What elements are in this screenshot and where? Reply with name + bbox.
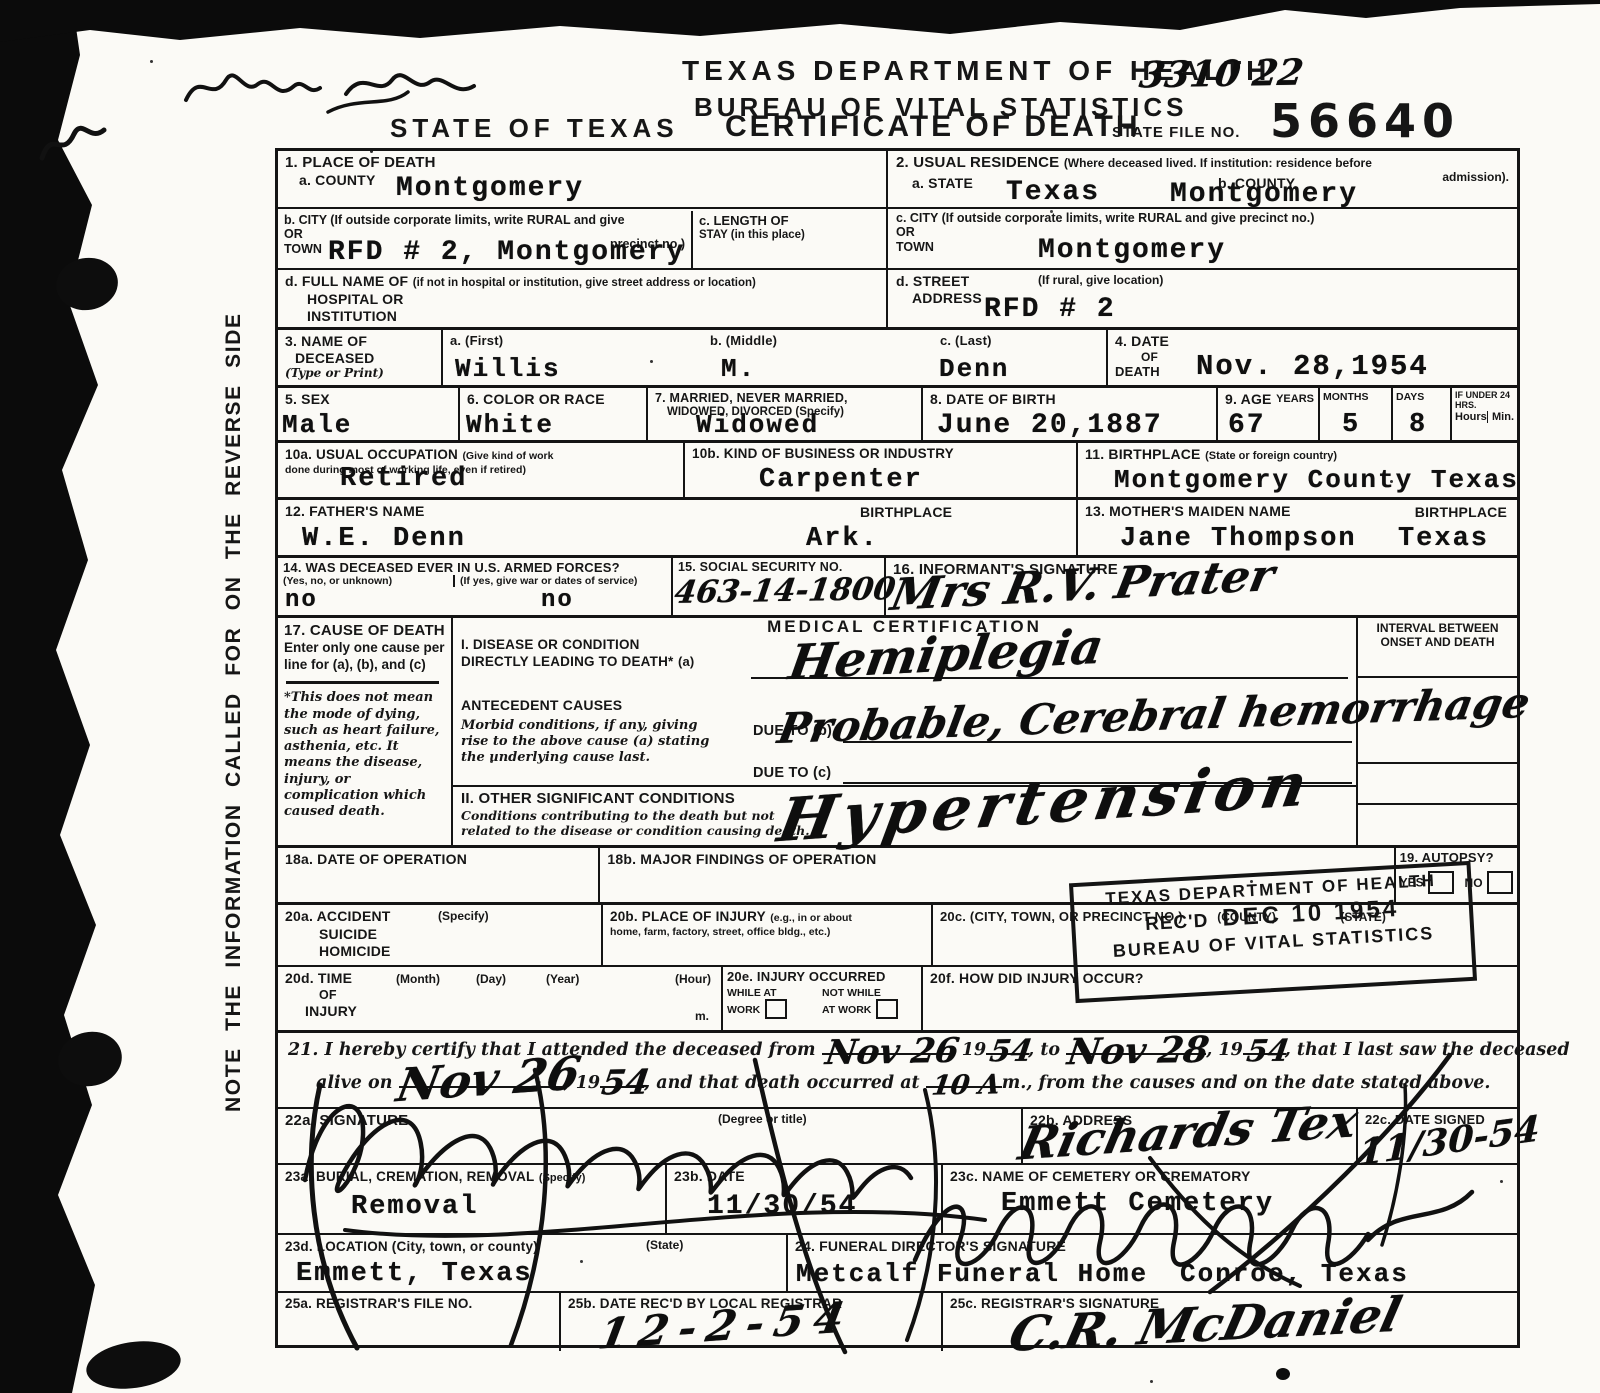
certify-text-3: , and that death occurred at bbox=[644, 1073, 920, 1093]
field-20a-label: 20a. ACCIDENT bbox=[285, 908, 391, 924]
field-3-l3: (Type or Print) bbox=[285, 366, 434, 381]
interval-label: INTERVAL BETWEEN bbox=[1362, 622, 1513, 636]
field-22a-label: 22a. SIGNATURE bbox=[285, 1112, 408, 1129]
field-25a-label: 25a. REGISTRAR'S FILE NO. bbox=[285, 1296, 552, 1312]
field-12-label: 12. FATHER'S NAME bbox=[285, 503, 425, 519]
field-3c-last: c. (Last) Denn bbox=[933, 330, 1108, 385]
ink-speck bbox=[1276, 1368, 1290, 1380]
field-9-months-label: MONTHS bbox=[1323, 391, 1388, 403]
interval-rule bbox=[1358, 803, 1517, 805]
field-3c-value: Denn bbox=[939, 356, 1009, 382]
field-9-age: 9. AGE YEARS 67 bbox=[1218, 388, 1320, 440]
field-7-label: 7. MARRIED, NEVER MARRIED, bbox=[655, 391, 914, 406]
field-2-title-note2: admission). bbox=[1442, 171, 1509, 185]
field-6-label: 6. COLOR OR RACE bbox=[467, 391, 639, 408]
field-4-l1: 4. DATE bbox=[1115, 333, 1510, 350]
field-11-value: Montgomery County Texas bbox=[1114, 467, 1519, 493]
field-24-label: 24. FUNERAL DIRECTOR'S SIGNATURE bbox=[795, 1238, 1510, 1255]
field-10a-occupation: 10a. USUAL OCCUPATION (Give kind of work… bbox=[278, 443, 685, 497]
field-12-birthplace-label: BIRTHPLACE bbox=[860, 504, 952, 521]
field-20d-label2: OF bbox=[319, 988, 714, 1003]
certify-m: m., bbox=[1002, 1073, 1033, 1093]
field-3a-label: a. (First) bbox=[450, 333, 696, 348]
certify-last-seen-date: Nov 26 bbox=[393, 1050, 583, 1108]
field-12-value: W.E. Denn bbox=[302, 526, 466, 553]
field-1d-label2: HOSPITAL OR bbox=[307, 291, 879, 308]
certify-to-year: 54 bbox=[1245, 1037, 1291, 1068]
death-certificate-scan: NOTE THE INFORMATION CALLED FOR ON THE R… bbox=[0, 0, 1600, 1393]
field-3c-label: c. (Last) bbox=[940, 333, 1099, 348]
header-title: CERTIFICATE OF DEATH bbox=[725, 110, 1141, 144]
field-13-birthplace-label: BIRTHPLACE bbox=[1415, 504, 1507, 521]
field-14-value1: no bbox=[285, 589, 318, 613]
field-7-marital: 7. MARRIED, NEVER MARRIED, WIDOWED, DIVO… bbox=[648, 388, 923, 440]
torn-edge-top bbox=[0, 0, 1600, 42]
field-3a-first: a. (First) Willis bbox=[443, 330, 703, 385]
field-2d-label: d. STREET bbox=[896, 273, 1509, 290]
interval-rule bbox=[1358, 676, 1517, 678]
field-20e-atwork: AT WORK bbox=[822, 1005, 871, 1017]
field-13-birthplace-value: Texas bbox=[1398, 526, 1489, 553]
field-24-value: Metcalf Funeral Home bbox=[796, 1261, 1148, 1287]
certify-19b: , 19 bbox=[1206, 1040, 1243, 1060]
row-location-director: 23d. LOCATION (City, town, or county) (S… bbox=[278, 1235, 1517, 1293]
field-2c-label: c. CITY (If outside corporate limits, wr… bbox=[896, 211, 1509, 225]
field-10b-value: Carpenter bbox=[759, 467, 923, 494]
field-24-funeral-director: 24. FUNERAL DIRECTOR'S SIGNATURE Metcalf… bbox=[788, 1235, 1517, 1291]
field-2-title: 2. USUAL RESIDENCE bbox=[896, 154, 1059, 171]
field-23a-burial: 23a. BURIAL, CREMATION, REMOVAL (Specify… bbox=[278, 1165, 667, 1233]
field-9-days: DAYS 8 bbox=[1393, 388, 1452, 440]
field-24-value2: Conroe, Texas bbox=[1180, 1261, 1409, 1287]
certify-text-4: from the causes and on the date stated a… bbox=[1039, 1073, 1491, 1093]
not-while-at-work-checkbox[interactable] bbox=[876, 999, 898, 1019]
field-7-value: Widowed bbox=[696, 412, 819, 438]
field-1-title: 1. PLACE OF DEATH bbox=[285, 154, 879, 172]
field-23b-value: 11/30/54 bbox=[707, 1193, 857, 1221]
field-22a-signature: 22a. SIGNATURE (Degree or title) bbox=[278, 1109, 1023, 1163]
field-9-years-label: YEARS bbox=[1276, 393, 1314, 406]
field-14-note2: (If yes, give war or dates of service) bbox=[460, 575, 666, 587]
field-18a-label: 18a. DATE OF OPERATION bbox=[285, 851, 591, 868]
state-file-label: STATE FILE NO. bbox=[1112, 124, 1240, 141]
field-9-days-value: 8 bbox=[1409, 412, 1427, 439]
field-20d-time: 20d. TIME (Month) (Day) (Year) (Hour) OF… bbox=[278, 967, 723, 1030]
field-5-value: Male bbox=[282, 412, 352, 438]
field-20a-note: (Specify) bbox=[438, 910, 489, 924]
field-2c-value: Montgomery bbox=[1038, 237, 1226, 265]
field-23a-label: 23a. BURIAL, CREMATION, REMOVAL bbox=[285, 1169, 534, 1184]
field-2a-value: Texas bbox=[1006, 179, 1100, 207]
field-6-value: White bbox=[466, 412, 554, 438]
field-3b-middle: b. (Middle) M. bbox=[703, 330, 933, 385]
certify-from-date: Nov 26 bbox=[823, 1034, 961, 1070]
field-20a-label2: SUICIDE bbox=[319, 926, 594, 943]
field-23d-value: Emmett, Texas bbox=[296, 1261, 533, 1288]
field-20a-label3: HOMICIDE bbox=[319, 943, 594, 960]
margin-note: NOTE THE INFORMATION CALLED FOR ON THE R… bbox=[222, 312, 246, 1112]
certify-last-seen-year: 54 bbox=[600, 1066, 652, 1101]
interval-rule bbox=[1358, 762, 1517, 764]
field-1b-label: b. CITY (If outside corporate limits, wr… bbox=[284, 213, 685, 227]
field-15-value: 463-14-1800 bbox=[673, 574, 898, 609]
field-20b-note: (e.g., in or about bbox=[770, 912, 852, 924]
field-20d-label: 20d. TIME bbox=[285, 970, 352, 986]
field-17-medical-certification: MEDICAL CERTIFICATION I. DISEASE OR COND… bbox=[453, 618, 1358, 845]
interval-label2: ONSET AND DEATH bbox=[1362, 636, 1513, 650]
field-2b-value: Montgomery bbox=[1170, 181, 1358, 209]
field-1a-value: Montgomery bbox=[396, 175, 584, 203]
field-1d-note: (if not in hospital or institution, give… bbox=[413, 277, 756, 289]
field-20d-month: (Month) bbox=[396, 973, 440, 987]
field-20d-m: m. bbox=[695, 1010, 709, 1024]
field-10b-industry: 10b. KIND OF BUSINESS OR INDUSTRY Carpen… bbox=[685, 443, 1078, 497]
field-20e-injury-occurred: 20e. INJURY OCCURRED WHILE AT WORK NOT W… bbox=[723, 967, 923, 1030]
state-file-number: 56640 bbox=[1270, 94, 1460, 148]
certificate-form: 1. PLACE OF DEATH a. COUNTY Montgomery b… bbox=[275, 148, 1520, 1348]
field-20e-whileat: WHILE AT bbox=[727, 987, 822, 999]
field-18a-date-operation: 18a. DATE OF OPERATION bbox=[278, 848, 600, 902]
field-25b-date-recd: 25b. DATE REC'D BY LOCAL REGISTRAR 12-2-… bbox=[561, 1293, 943, 1351]
field-21-certify: 21. I hereby certify that I attended the… bbox=[278, 1033, 1580, 1107]
field-17-antecedent-note: Morbid conditions, if any, giving rise t… bbox=[461, 718, 716, 767]
field-4-value: Nov. 28,1954 bbox=[1196, 352, 1429, 381]
field-23b-date: 23b. DATE 11/30/54 bbox=[667, 1165, 943, 1233]
field-1d-label3: INSTITUTION bbox=[307, 308, 879, 325]
row-parents: 12. FATHER'S NAME BIRTHPLACE W.E. Denn A… bbox=[278, 500, 1517, 558]
field-17-note2: *This does not mean the mode of dying, s… bbox=[284, 690, 445, 820]
while-at-work-checkbox[interactable] bbox=[765, 999, 787, 1019]
field-23c-label: 23c. NAME OF CEMETERY OR CREMATORY bbox=[950, 1168, 1510, 1185]
field-9-days-label: DAYS bbox=[1396, 391, 1447, 403]
field-23c-value: Emmett Cemetery bbox=[1001, 1191, 1274, 1218]
field-9-under24: IF UNDER 24 HRS. Hours Min. bbox=[1452, 388, 1517, 440]
field-11-label: 11. BIRTHPLACE bbox=[1085, 446, 1201, 462]
field-1c-label2: STAY (in this place) bbox=[699, 229, 880, 242]
field-16-informant: 16. INFORMANT'S SIGNATURE Mrs R.V. Prate… bbox=[886, 558, 1517, 615]
field-17-notes: 17. CAUSE OF DEATH Enter only one cause … bbox=[278, 618, 453, 845]
field-20e-work: WORK bbox=[727, 1005, 760, 1017]
field-20d-day: (Day) bbox=[476, 973, 506, 987]
field-14-label: 14. WAS DECEASED EVER IN U.S. ARMED FORC… bbox=[283, 560, 666, 575]
torn-edge-left bbox=[0, 0, 122, 1393]
field-13-label: 13. MOTHER'S MAIDEN NAME bbox=[1085, 503, 1291, 519]
field-3-l1: 3. NAME OF bbox=[285, 333, 434, 350]
field-3b-value: M. bbox=[721, 356, 756, 382]
field-9-months-value: 5 bbox=[1342, 412, 1360, 439]
field-25c-registrar-signature: 25c. REGISTRAR'S SIGNATURE C.R. McDaniel bbox=[943, 1293, 1517, 1351]
certify-hour: 10 A bbox=[930, 1072, 1002, 1100]
field-20e-notwhile: NOT WHILE bbox=[822, 987, 917, 999]
certify-alive-on: alive on bbox=[316, 1073, 392, 1093]
field-10b-label: 10b. KIND OF BUSINESS OR INDUSTRY bbox=[692, 446, 1069, 462]
field-23a-value: Removal bbox=[351, 1192, 478, 1222]
certify-text-2: , that I last saw the deceased bbox=[1285, 1040, 1570, 1060]
field-22b-address: 22b. ADDRESS Richards Tex bbox=[1023, 1109, 1358, 1163]
field-4-date-of-death: 4. DATE OF DEATH Nov. 28,1954 bbox=[1108, 330, 1517, 385]
row-cause-of-death: 17. CAUSE OF DEATH Enter only one cause … bbox=[278, 618, 1517, 848]
field-1d-label: d. FULL NAME OF bbox=[285, 273, 408, 289]
row-registrar: 25a. REGISTRAR'S FILE NO. 25b. DATE REC'… bbox=[278, 1293, 1517, 1351]
field-20d-hour: (Hour) bbox=[675, 973, 711, 987]
row-name-deceased: 3. NAME OF DECEASED (Type or Print) a. (… bbox=[278, 330, 1517, 388]
field-13-mother: 13. MOTHER'S MAIDEN NAME BIRTHPLACE Jane… bbox=[1078, 500, 1517, 555]
field-20b-label: 20b. PLACE OF INJURY bbox=[610, 909, 766, 924]
field-9-under-label: IF UNDER 24 HRS. bbox=[1455, 390, 1514, 411]
field-3a-value: Willis bbox=[455, 356, 561, 382]
field-23d-state-note: (State) bbox=[646, 1239, 683, 1253]
field-3-l2: DECEASED bbox=[295, 350, 434, 367]
field-17-label: 17. CAUSE OF DEATH bbox=[284, 622, 445, 640]
field-8-value: June 20,1887 bbox=[937, 412, 1163, 440]
field-17-note1: Enter only one cause per bbox=[284, 640, 445, 657]
field-20a-accident: 20a. ACCIDENT (Specify) SUICIDE HOMICIDE bbox=[278, 905, 603, 965]
field-15-ssn: 15. SOCIAL SECURITY NO. 463-14-1800 bbox=[673, 558, 886, 615]
field-1-place-of-death: 1. PLACE OF DEATH a. COUNTY Montgomery b… bbox=[278, 151, 888, 327]
field-17c-label: DUE TO (c) bbox=[753, 765, 831, 782]
autopsy-no-checkbox[interactable] bbox=[1487, 871, 1513, 894]
field-25a-file-no: 25a. REGISTRAR'S FILE NO. bbox=[278, 1293, 561, 1351]
row-occupation: 10a. USUAL OCCUPATION (Give kind of work… bbox=[278, 443, 1517, 500]
field-10a-note: (Give kind of work bbox=[462, 450, 553, 462]
field-1b-value: RFD # 2, Montgomery bbox=[328, 239, 685, 267]
row-physician-signature: 22a. SIGNATURE (Degree or title) 22b. AD… bbox=[278, 1109, 1517, 1165]
field-9-years-value: 67 bbox=[1228, 412, 1266, 440]
field-11-birthplace: 11. BIRTHPLACE (State or foreign country… bbox=[1078, 443, 1517, 497]
field-8-date-of-birth: 8. DATE OF BIRTH June 20,1887 bbox=[923, 388, 1218, 440]
field-5-label: 5. SEX bbox=[285, 391, 451, 408]
field-23c-cemetery: 23c. NAME OF CEMETERY OR CREMATORY Emmet… bbox=[943, 1165, 1517, 1233]
field-2a-label: a. STATE bbox=[912, 175, 973, 192]
certify-to-date: Nov 28 bbox=[1065, 1032, 1211, 1070]
field-23b-label: 23b. DATE bbox=[674, 1168, 934, 1185]
field-20d-label3: INJURY bbox=[305, 1003, 714, 1020]
field-20d-year: (Year) bbox=[546, 973, 579, 987]
handwritten-file-note: 3310 22 bbox=[1137, 55, 1305, 94]
scan-noise bbox=[150, 60, 153, 63]
field-9-min-label: Min. bbox=[1488, 411, 1514, 424]
field-10a-label: 10a. USUAL OCCUPATION bbox=[285, 447, 458, 462]
field-5-sex: 5. SEX Male bbox=[278, 388, 460, 440]
field-17a-tag: (a) bbox=[678, 654, 695, 669]
field-23d-label: 23d. LOCATION (City, town, or county) bbox=[285, 1239, 538, 1254]
field-17-note1b: line for (a), (b), and (c) bbox=[284, 657, 445, 674]
field-22c-date-signed: 22c. DATE SIGNED 11/30-54 bbox=[1358, 1109, 1517, 1163]
row-place-residence: 1. PLACE OF DEATH a. COUNTY Montgomery b… bbox=[278, 151, 1517, 330]
field-6-color-race: 6. COLOR OR RACE White bbox=[460, 388, 648, 440]
field-2d-value: RFD # 2 bbox=[984, 296, 1116, 324]
field-9-hours-label: Hours bbox=[1455, 411, 1488, 424]
field-14-value2: no bbox=[541, 589, 574, 613]
stamp-recd: REC'D bbox=[1145, 911, 1209, 936]
field-12-birthplace-value: Ark. bbox=[806, 526, 879, 553]
field-1c-label: c. LENGTH OF bbox=[699, 214, 880, 229]
field-18b-label: 18b. MAJOR FINDINGS OF OPERATION bbox=[607, 851, 1386, 868]
field-13-value: Jane Thompson bbox=[1120, 526, 1357, 553]
field-23d-location: 23d. LOCATION (City, town, or county) (S… bbox=[278, 1235, 788, 1291]
header-state: STATE OF TEXAS bbox=[390, 113, 679, 144]
row-forces-ssn-informant: 14. WAS DECEASED EVER IN U.S. ARMED FORC… bbox=[278, 558, 1517, 618]
field-2-usual-residence: 2. USUAL RESIDENCE (Where deceased lived… bbox=[888, 151, 1517, 327]
row-sex-race-age: 5. SEX Male 6. COLOR OR RACE White 7. MA… bbox=[278, 388, 1517, 443]
certify-from-year: 54 bbox=[988, 1037, 1034, 1068]
field-14-armed-forces: 14. WAS DECEASED EVER IN U.S. ARMED FORC… bbox=[278, 558, 673, 615]
field-12-father: 12. FATHER'S NAME BIRTHPLACE W.E. Denn A… bbox=[278, 500, 1078, 555]
field-2-title-note: (Where deceased lived. If institution: r… bbox=[1064, 156, 1372, 170]
field-20e-label: 20e. INJURY OCCURRED bbox=[727, 969, 917, 984]
ink-blob bbox=[83, 1336, 183, 1393]
field-20b-note2: home, farm, factory, street, office bldg… bbox=[610, 926, 924, 938]
row-burial: 23a. BURIAL, CREMATION, REMOVAL (Specify… bbox=[278, 1165, 1517, 1235]
field-17a-label2: DIRECTLY LEADING TO DEATH* bbox=[461, 654, 673, 669]
field-3-name-label: 3. NAME OF DECEASED (Type or Print) bbox=[278, 330, 443, 385]
field-10a-value: Retired bbox=[340, 466, 467, 493]
field-22a-note: (Degree or title) bbox=[718, 1113, 807, 1127]
field-14-note1: (Yes, no, or unknown) bbox=[283, 575, 453, 587]
field-2d-note: (If rural, give location) bbox=[1038, 274, 1163, 288]
field-3b-label: b. (Middle) bbox=[710, 333, 926, 348]
field-11-note: (State or foreign country) bbox=[1205, 450, 1337, 462]
field-9-months: MONTHS 5 bbox=[1320, 388, 1393, 440]
received-stamp: TEXAS DEPARTMENT OF HEALTH REC'DDEC 10 1… bbox=[1069, 861, 1477, 1003]
field-1a-label: a. COUNTY bbox=[299, 172, 879, 189]
field-8-label: 8. DATE OF BIRTH bbox=[930, 391, 1209, 408]
field-20b-place-injury: 20b. PLACE OF INJURY (e.g., in or about … bbox=[603, 905, 933, 965]
field-9-label: 9. AGE bbox=[1225, 391, 1272, 407]
field-23a-note: (Specify) bbox=[539, 1172, 585, 1184]
